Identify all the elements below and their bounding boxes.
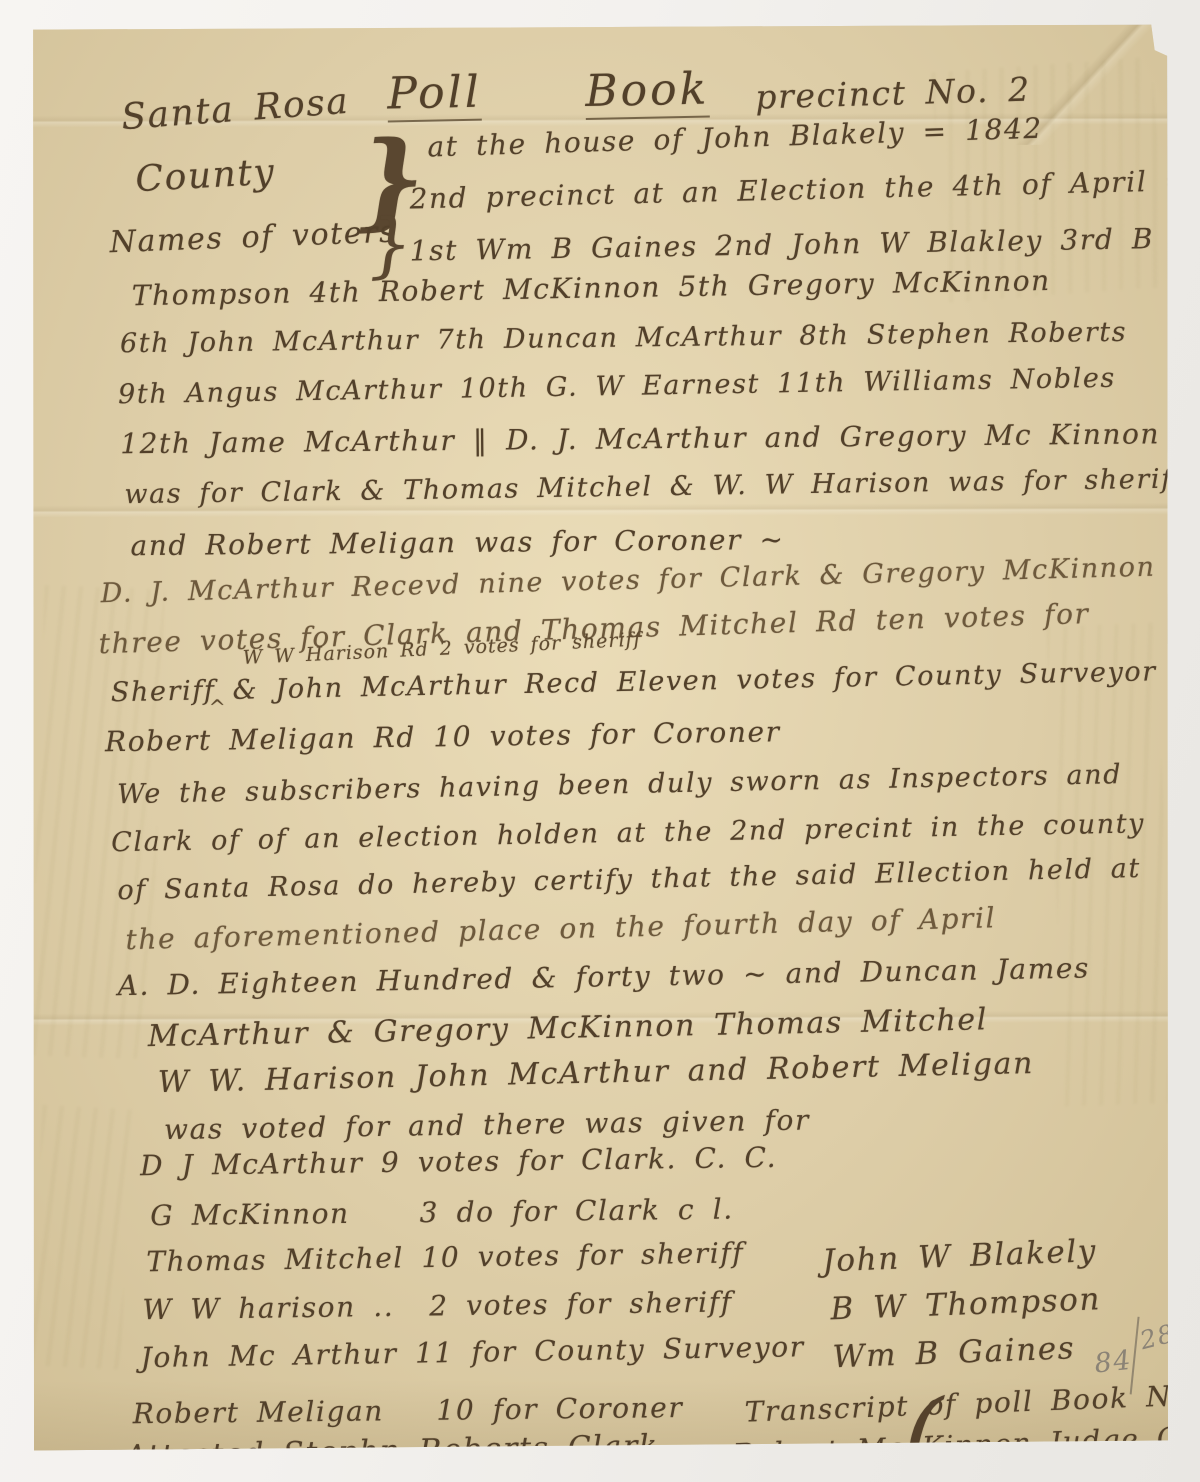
title-book: Book bbox=[585, 64, 710, 120]
manuscript-page: Santa Rosa County } Names of voters } Po… bbox=[29, 25, 1171, 1451]
body-line: of Santa Rosa do hereby certify that the… bbox=[117, 853, 1141, 906]
tally-left: D J McArthur 9 votes for Clark. C. C. bbox=[140, 1141, 777, 1182]
body-line: Clark of of an election holden at the 2n… bbox=[111, 808, 1145, 858]
tally-row: John Mc Arthur 11 for County Surveyor Wm… bbox=[33, 1339, 1171, 1388]
tally-left: Robert Meligan 10 for Coroner bbox=[133, 1391, 684, 1430]
opening-line: 2nd precinct at an Election the 4th of A… bbox=[409, 164, 1190, 215]
title-precinct: precinct No. 2 bbox=[755, 70, 1032, 117]
body-line: W W. Harison John McArthur and Robert Me… bbox=[158, 1046, 1035, 1100]
tally-left: W W harison .. 2 votes for sheriff bbox=[142, 1285, 733, 1326]
title-poll: Poll bbox=[387, 67, 483, 123]
body-line: 12th Jame McArthur ‖ D. J. McArthur and … bbox=[120, 417, 1160, 460]
body-line: We the subscribers having been duly swor… bbox=[117, 759, 1123, 810]
body-line: 6th John McArthur 7th Duncan McArthur 8t… bbox=[120, 317, 1128, 359]
tally-row: D J McArthur 9 votes for Clark. C. C. bbox=[32, 1147, 1170, 1196]
tally-left: G McKinnon 3 do for Clark c l. bbox=[150, 1193, 734, 1233]
opening-line: 1st Wm B Gaines 2nd John W Blakley 3rd B… bbox=[409, 221, 1200, 267]
body-line: and Robert Meligan was for Coroner ~ bbox=[130, 523, 784, 562]
tally-right-signature: Wm B Gaines bbox=[832, 1330, 1076, 1375]
column-divider-bracket: ( bbox=[901, 1377, 946, 1482]
body-line: Robert Meligan Rd 10 votes for Coroner bbox=[105, 715, 781, 758]
names-of-voters-label: Names of voters bbox=[109, 215, 397, 261]
tally-row: Attested Stephn Roberts Clark Robert Mc … bbox=[33, 1437, 1171, 1482]
scan-mat-background: Santa Rosa County } Names of voters } Po… bbox=[0, 0, 1200, 1482]
body-line: the aforementioned place on the fourth d… bbox=[125, 901, 996, 956]
county-word: County bbox=[134, 152, 276, 201]
body-line: McArthur & Gregory McKinnon Thomas Mitch… bbox=[147, 1002, 988, 1054]
body-line: A. D. Eighteen Hundred & forty two ~ and… bbox=[117, 951, 1090, 1002]
archival-page-number: 84 bbox=[1093, 1345, 1134, 1380]
body-line: was for Clark & Thomas Mitchel & W. W Ha… bbox=[124, 464, 1184, 511]
body-line: Thompson 4th Robert McKinnon 5th Gregory… bbox=[132, 264, 1051, 312]
insertion-caret: ^ bbox=[209, 695, 227, 719]
body-line: was voted for and there was given for bbox=[164, 1104, 810, 1147]
county-name: Santa Rosa bbox=[120, 81, 351, 138]
opening-line: at the house of John Blakely = 1842 bbox=[427, 112, 1043, 164]
body-line: 9th Angus McArthur 10th G. W Earnest 11t… bbox=[118, 363, 1116, 411]
